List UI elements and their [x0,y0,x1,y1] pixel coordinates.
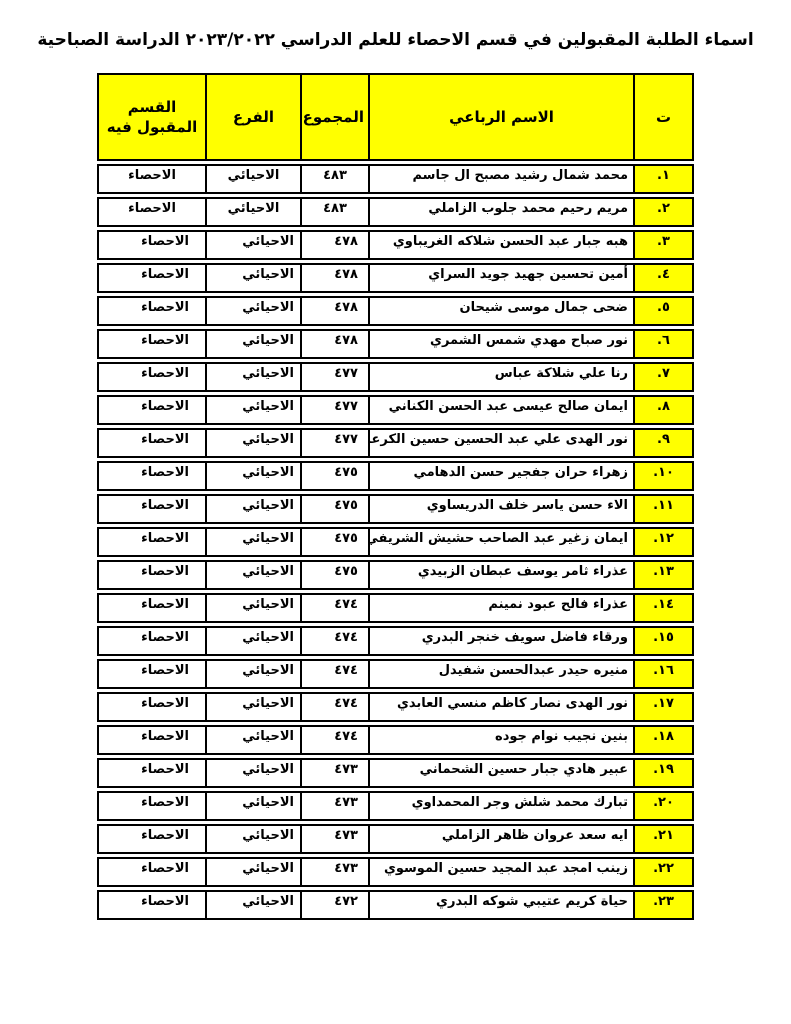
serial-cell: ١٢. [633,527,694,557]
total-cell: ٤٨٣ [300,164,368,194]
name-cell: زهراء حران جفجير حسن الدهامي [368,461,633,491]
total-cell: ٤٧٨ [300,296,368,326]
dept-cell: الاحصاء [97,824,205,854]
branch-cell: الاحيائي [205,659,300,689]
dept-cell: الاحصاء [97,527,205,557]
dept-cell: الاحصاء [97,197,205,227]
dept-cell: الاحصاء [97,329,205,359]
total-cell: ٤٧٤ [300,725,368,755]
table-row: ١٤.عذراء فالح عبود نمينم٤٧٤الاحيائيالاحص… [97,593,694,623]
name-cell: نور الهدى نصار كاظم منسي العابدي [368,692,633,722]
col-header-name: الاسم الرباعي [368,73,633,161]
total-cell: ٤٧٨ [300,263,368,293]
page-title: اسماء الطلبة المقبولين في قسم الاحصاء لل… [0,0,791,50]
total-cell: ٤٧٥ [300,527,368,557]
total-cell: ٤٧٧ [300,362,368,392]
table-row: ١٨.بنين نجيب نوام جوده٤٧٤الاحيائيالاحصاء [97,725,694,755]
dept-cell: الاحصاء [97,362,205,392]
students-table: ت الاسم الرباعي المجموع الفرع القسم المق… [97,70,694,923]
name-cell: تبارك محمد شلش وجر المحمداوي [368,791,633,821]
branch-cell: الاحيائي [205,692,300,722]
table-row: ١٥.ورقاء فاضل سويف خنجر البدري٤٧٤الاحيائ… [97,626,694,656]
branch-cell: الاحيائي [205,428,300,458]
dept-cell: الاحصاء [97,494,205,524]
total-cell: ٤٧٣ [300,857,368,887]
dept-cell: الاحصاء [97,857,205,887]
table-row: ١.محمد شمال رشيد مصبح ال جاسم٤٨٣الاحيائي… [97,164,694,194]
serial-cell: ١١. [633,494,694,524]
table-row: ١١.الاء حسن ياسر خلف الدريساوي٤٧٥الاحيائ… [97,494,694,524]
name-cell: منيره حيدر عبدالحسن شفيدل [368,659,633,689]
serial-cell: ٦. [633,329,694,359]
branch-cell: الاحيائي [205,758,300,788]
dept-cell: الاحصاء [97,164,205,194]
dept-cell: الاحصاء [97,263,205,293]
table-row: ٣.هبه جبار عبد الحسن شلاكه الغريباوي٤٧٨ا… [97,230,694,260]
branch-cell: الاحيائي [205,824,300,854]
serial-cell: ٢٠. [633,791,694,821]
table-row: ٦.نور صباح مهدي شمس الشمري٤٧٨الاحيائيالا… [97,329,694,359]
col-header-branch: الفرع [205,73,300,161]
table-row: ١٢.ايمان زغير عبد الصاحب حشيش الشريفي٤٧٥… [97,527,694,557]
branch-cell: الاحيائي [205,329,300,359]
dept-cell: الاحصاء [97,461,205,491]
col-header-total: المجموع [300,73,368,161]
col-header-serial: ت [633,73,694,161]
branch-cell: الاحيائي [205,164,300,194]
total-cell: ٤٧٧ [300,428,368,458]
table-row: ٢.مريم رحيم محمد جلوب الزاملي٤٨٣الاحيائي… [97,197,694,227]
col-header-dept: القسم المقبول فيه [97,73,205,161]
total-cell: ٤٧٥ [300,560,368,590]
total-cell: ٤٧٣ [300,791,368,821]
total-cell: ٤٧٣ [300,758,368,788]
table-row: ١٩.عبير هادي جبار حسين الشحماني٤٧٣الاحيا… [97,758,694,788]
students-table-header: ت الاسم الرباعي المجموع الفرع القسم المق… [97,73,694,161]
total-cell: ٤٧٥ [300,494,368,524]
table-row: ٢٠.تبارك محمد شلش وجر المحمداوي٤٧٣الاحيا… [97,791,694,821]
total-cell: ٤٧٨ [300,329,368,359]
table-row: ٤.أمين تحسين جهيد جويد السراي٤٧٨الاحيائي… [97,263,694,293]
branch-cell: الاحيائي [205,560,300,590]
name-cell: زينب امجد عبد المجيد حسين الموسوي [368,857,633,887]
document-page: { "page": { "title": "اسماء الطلبة المقب… [0,0,791,1024]
name-cell: ورقاء فاضل سويف خنجر البدري [368,626,633,656]
header-row: ت الاسم الرباعي المجموع الفرع القسم المق… [97,73,694,161]
name-cell: نور الهدى علي عبد الحسين حسين الكرعاوي [368,428,633,458]
serial-cell: ٢٣. [633,890,694,920]
serial-cell: ٣. [633,230,694,260]
serial-cell: ٧. [633,362,694,392]
name-cell: رنا علي شلاكة عباس [368,362,633,392]
total-cell: ٤٧٢ [300,890,368,920]
dept-cell: الاحصاء [97,626,205,656]
name-cell: هبه جبار عبد الحسن شلاكه الغريباوي [368,230,633,260]
dept-cell: الاحصاء [97,560,205,590]
name-cell: الاء حسن ياسر خلف الدريساوي [368,494,633,524]
table-row: ١٦.منيره حيدر عبدالحسن شفيدل٤٧٤الاحيائيا… [97,659,694,689]
total-cell: ٤٧٤ [300,626,368,656]
branch-cell: الاحيائي [205,527,300,557]
table-row: ٩.نور الهدى علي عبد الحسين حسين الكرعاوي… [97,428,694,458]
serial-cell: ٨. [633,395,694,425]
branch-cell: الاحيائي [205,461,300,491]
name-cell: نور صباح مهدي شمس الشمري [368,329,633,359]
dept-cell: الاحصاء [97,692,205,722]
total-cell: ٤٧٨ [300,230,368,260]
name-cell: حياة كريم عتيبي شوكه البدري [368,890,633,920]
serial-cell: ١٥. [633,626,694,656]
total-cell: ٤٧٤ [300,593,368,623]
table-row: ٧.رنا علي شلاكة عباس٤٧٧الاحيائيالاحصاء [97,362,694,392]
branch-cell: الاحيائي [205,890,300,920]
serial-cell: ٢٢. [633,857,694,887]
dept-cell: الاحصاء [97,593,205,623]
table-row: ٨.ايمان صالح عيسى عبد الحسن الكناني٤٧٧ال… [97,395,694,425]
serial-cell: ٢. [633,197,694,227]
name-cell: أمين تحسين جهيد جويد السراي [368,263,633,293]
serial-cell: ١٩. [633,758,694,788]
total-cell: ٤٧٤ [300,692,368,722]
table-row: ٢١.ايه سعد عروان ظاهر الزاملي٤٧٣الاحيائي… [97,824,694,854]
serial-cell: ١. [633,164,694,194]
serial-cell: ٩. [633,428,694,458]
total-cell: ٤٧٥ [300,461,368,491]
name-cell: عبير هادي جبار حسين الشحماني [368,758,633,788]
branch-cell: الاحيائي [205,626,300,656]
dept-cell: الاحصاء [97,890,205,920]
dept-cell: الاحصاء [97,296,205,326]
branch-cell: الاحيائي [205,296,300,326]
serial-cell: ٥. [633,296,694,326]
dept-cell: الاحصاء [97,758,205,788]
total-cell: ٤٧٣ [300,824,368,854]
serial-cell: ١٦. [633,659,694,689]
serial-cell: ١٠. [633,461,694,491]
branch-cell: الاحيائي [205,494,300,524]
branch-cell: الاحيائي [205,857,300,887]
branch-cell: الاحيائي [205,791,300,821]
branch-cell: الاحيائي [205,230,300,260]
name-cell: ايمان صالح عيسى عبد الحسن الكناني [368,395,633,425]
branch-cell: الاحيائي [205,725,300,755]
total-cell: ٤٧٤ [300,659,368,689]
dept-cell: الاحصاء [97,659,205,689]
name-cell: عذراء ثامر يوسف عبطان الزبيدي [368,560,633,590]
serial-cell: ٤. [633,263,694,293]
branch-cell: الاحيائي [205,197,300,227]
serial-cell: ١٧. [633,692,694,722]
branch-cell: الاحيائي [205,593,300,623]
branch-cell: الاحيائي [205,362,300,392]
name-cell: محمد شمال رشيد مصبح ال جاسم [368,164,633,194]
table-row: ١٧.نور الهدى نصار كاظم منسي العابدي٤٧٤ال… [97,692,694,722]
serial-cell: ١٤. [633,593,694,623]
dept-cell: الاحصاء [97,230,205,260]
serial-cell: ١٣. [633,560,694,590]
dept-cell: الاحصاء [97,725,205,755]
name-cell: ضحى جمال موسى شيحان [368,296,633,326]
dept-cell: الاحصاء [97,428,205,458]
table-row: ١٣.عذراء ثامر يوسف عبطان الزبيدي٤٧٥الاحي… [97,560,694,590]
table-row: ٢٣.حياة كريم عتيبي شوكه البدري٤٧٢الاحيائ… [97,890,694,920]
table-row: ٢٢.زينب امجد عبد المجيد حسين الموسوي٤٧٣ا… [97,857,694,887]
serial-cell: ٢١. [633,824,694,854]
name-cell: مريم رحيم محمد جلوب الزاملي [368,197,633,227]
name-cell: بنين نجيب نوام جوده [368,725,633,755]
branch-cell: الاحيائي [205,395,300,425]
table-row: ١٠.زهراء حران جفجير حسن الدهامي٤٧٥الاحيا… [97,461,694,491]
serial-cell: ١٨. [633,725,694,755]
branch-cell: الاحيائي [205,263,300,293]
students-table-body: ١.محمد شمال رشيد مصبح ال جاسم٤٨٣الاحيائي… [97,164,694,920]
name-cell: ايمان زغير عبد الصاحب حشيش الشريفي [368,527,633,557]
total-cell: ٤٧٧ [300,395,368,425]
dept-cell: الاحصاء [97,791,205,821]
table-row: ٥.ضحى جمال موسى شيحان٤٧٨الاحيائيالاحصاء [97,296,694,326]
dept-cell: الاحصاء [97,395,205,425]
total-cell: ٤٨٣ [300,197,368,227]
name-cell: ايه سعد عروان ظاهر الزاملي [368,824,633,854]
name-cell: عذراء فالح عبود نمينم [368,593,633,623]
